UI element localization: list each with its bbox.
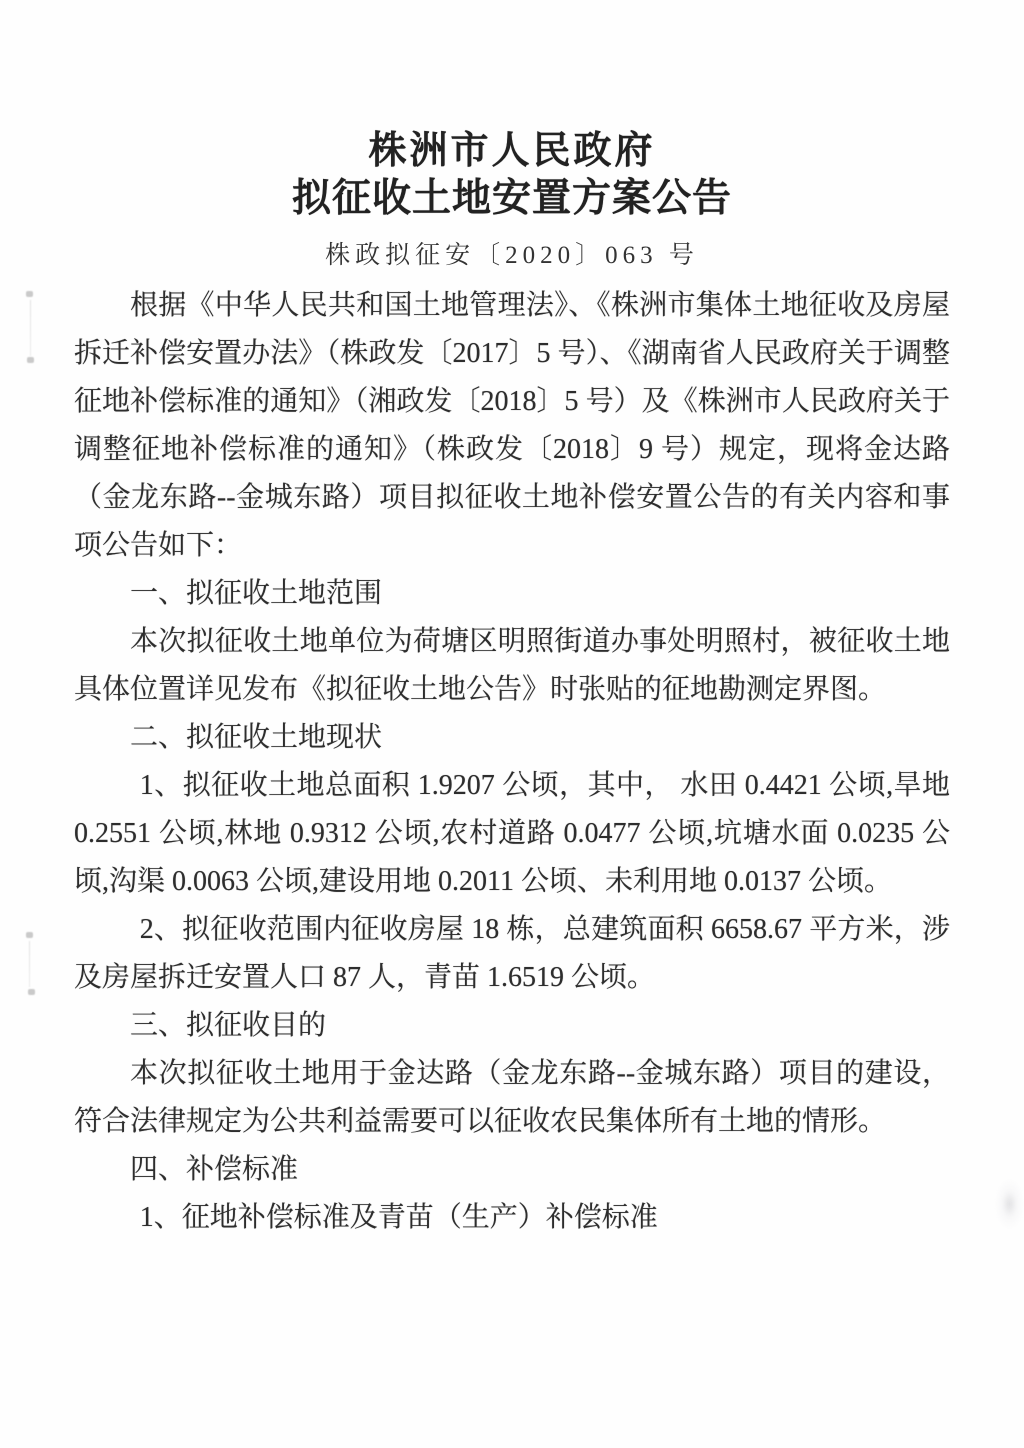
- doc-body: 根据《中华人民共和国土地管理法》、《株洲市集体土地征收及房屋拆迁补偿安置办法》（…: [74, 282, 950, 1242]
- section-3-heading: 三、拟征收目的: [74, 1002, 950, 1050]
- document-content: 株洲市人民政府 拟征收土地安置方案公告 株政拟征安〔2020〕063 号 根据《…: [0, 0, 1024, 1242]
- section-4-item-1: 1、征地补偿标准及青苗（生产）补偿标准: [74, 1194, 950, 1242]
- section-4-heading: 四、补偿标准: [74, 1146, 950, 1194]
- section-3-body: 本次拟征收土地用于金达路（金龙东路--金城东路）项目的建设，符合法律规定为公共利…: [74, 1050, 950, 1146]
- section-2-heading: 二、拟征收土地现状: [74, 714, 950, 762]
- section-2-item-2: 2、拟征收范围内征收房屋 18 栋，总建筑面积 6658.67 平方米，涉及房屋…: [74, 906, 950, 1002]
- section-2-item-1: 1、拟征收土地总面积 1.9207 公顷，其中， 水田 0.4421 公顷,旱地…: [74, 762, 950, 906]
- paragraph-intro: 根据《中华人民共和国土地管理法》、《株洲市集体土地征收及房屋拆迁补偿安置办法》（…: [74, 282, 950, 570]
- doc-title-line1: 株洲市人民政府: [74, 128, 950, 174]
- doc-title-line2: 拟征收土地安置方案公告: [74, 174, 950, 224]
- section-1-body: 本次拟征收土地单位为荷塘区明照街道办事处明照村，被征收土地具体位置详见发布《拟征…: [74, 618, 950, 714]
- document-page: 株洲市人民政府 拟征收土地安置方案公告 株政拟征安〔2020〕063 号 根据《…: [0, 0, 1024, 1448]
- doc-number: 株政拟征安〔2020〕063 号: [74, 240, 950, 272]
- section-1-heading: 一、拟征收土地范围: [74, 570, 950, 618]
